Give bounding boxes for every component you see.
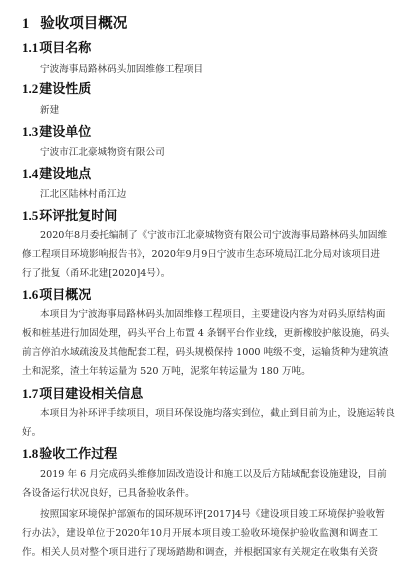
section-number: 1.4 <box>22 166 38 181</box>
section-heading-1-5: 1.5环评批复时间 <box>22 207 117 226</box>
section-heading-1-6: 1.6项目概况 <box>22 286 91 305</box>
section-heading-1-1: 1.1项目名称 <box>22 39 91 58</box>
overview-line-3: 前言停泊水域疏浚及其他配套工程，码头规模保持 1000 吨级不变，运输货种为建筑… <box>22 346 378 360</box>
process-p2-line-3: 作。相关人员对整个项目进行了现场踏勘和调查，并根据国家有关规定在收集有关资 <box>22 546 378 560</box>
process-p1-line-2: 各设备运行状况良好，已具备验收条件。 <box>22 487 378 501</box>
eia-approval-line-1: 2020年8月委托编制了《宁波市江北豪城物资有限公司宁波海事局路林码头加固维 <box>40 229 378 243</box>
section-heading-1-4: 1.4建设地点 <box>22 165 91 184</box>
eia-approval-line-2: 修工程项目环境影响报告书》，2020年9月9日宁波市生态环境局江北分局对该项目进 <box>22 248 378 262</box>
section-heading-1-2: 1.2建设性质 <box>22 80 91 99</box>
overview-line-4: 土和泥浆，渣土年转运量为 520 万吨，泥浆年转运量为 180 万吨。 <box>22 365 378 379</box>
section-title: 验收工作过程 <box>39 447 117 462</box>
section-title: 建设单位 <box>39 125 91 140</box>
related-info-line-2: 好。 <box>22 426 378 440</box>
section-title: 项目建设相关信息 <box>39 387 143 402</box>
section-number: 1.1 <box>22 40 38 55</box>
construction-location-text: 江北区陆林村甬江边 <box>40 188 396 202</box>
chapter-number: 1 <box>22 16 29 32</box>
section-heading-1-7: 1.7项目建设相关信息 <box>22 385 143 404</box>
section-heading-1-8: 1.8验收工作过程 <box>22 445 117 464</box>
section-number: 1.7 <box>22 386 38 401</box>
construction-unit-text: 宁波市江北豪城物资有限公司 <box>40 146 396 160</box>
related-info-line-1: 本项目为补环评手续项目，项目环保设施均落实到位，截止到目前为止，设施运转良 <box>40 407 378 421</box>
section-title: 建设性质 <box>39 82 91 97</box>
process-p2-line-2: 行办法》，建设单位于2020年10月开展本项目竣工验收环境保护验收监测和调查工 <box>22 527 378 541</box>
overview-line-2: 板和桩基进行加固处理，码头平台上布置 4 条钢平台作业线，更新橡胶护舷设施，码头 <box>22 327 378 341</box>
chapter-title: 验收项目概况 <box>40 16 127 32</box>
section-title: 项目名称 <box>39 41 91 56</box>
section-number: 1.5 <box>22 208 38 223</box>
section-number: 1.2 <box>22 81 38 96</box>
chapter-heading: 1验收项目概况 <box>22 14 127 34</box>
construction-nature-text: 新建 <box>40 104 396 118</box>
section-number: 1.6 <box>22 287 38 302</box>
project-name-text: 宁波海事局路林码头加固维修工程项目 <box>40 63 396 77</box>
document-page: 1验收项目概况 1.1项目名称 宁波海事局路林码头加固维修工程项目 1.2建设性… <box>0 0 399 573</box>
section-title: 环评批复时间 <box>39 209 117 224</box>
process-p1-line-1: 2019 年 6 月完成码头维修加固改造设计和施工以及后方陆域配套设施建设，目前 <box>40 468 378 482</box>
section-title: 项目概况 <box>39 288 91 303</box>
section-number: 1.8 <box>22 446 38 461</box>
section-number: 1.3 <box>22 124 38 139</box>
section-heading-1-3: 1.3建设单位 <box>22 123 91 142</box>
eia-approval-line-3: 行了批复（甬环北建[2020]4号）。 <box>22 267 378 281</box>
process-p2-line-1: 按照国家环境保护部颁布的国环规环评[2017]4号《建设项目竣工环境保护验收暂 <box>40 508 378 522</box>
overview-line-1: 本项目为宁波海事局路林码头加固维修工程项目，主要建设内容为对码头原结构面 <box>40 308 378 322</box>
section-title: 建设地点 <box>39 167 91 182</box>
